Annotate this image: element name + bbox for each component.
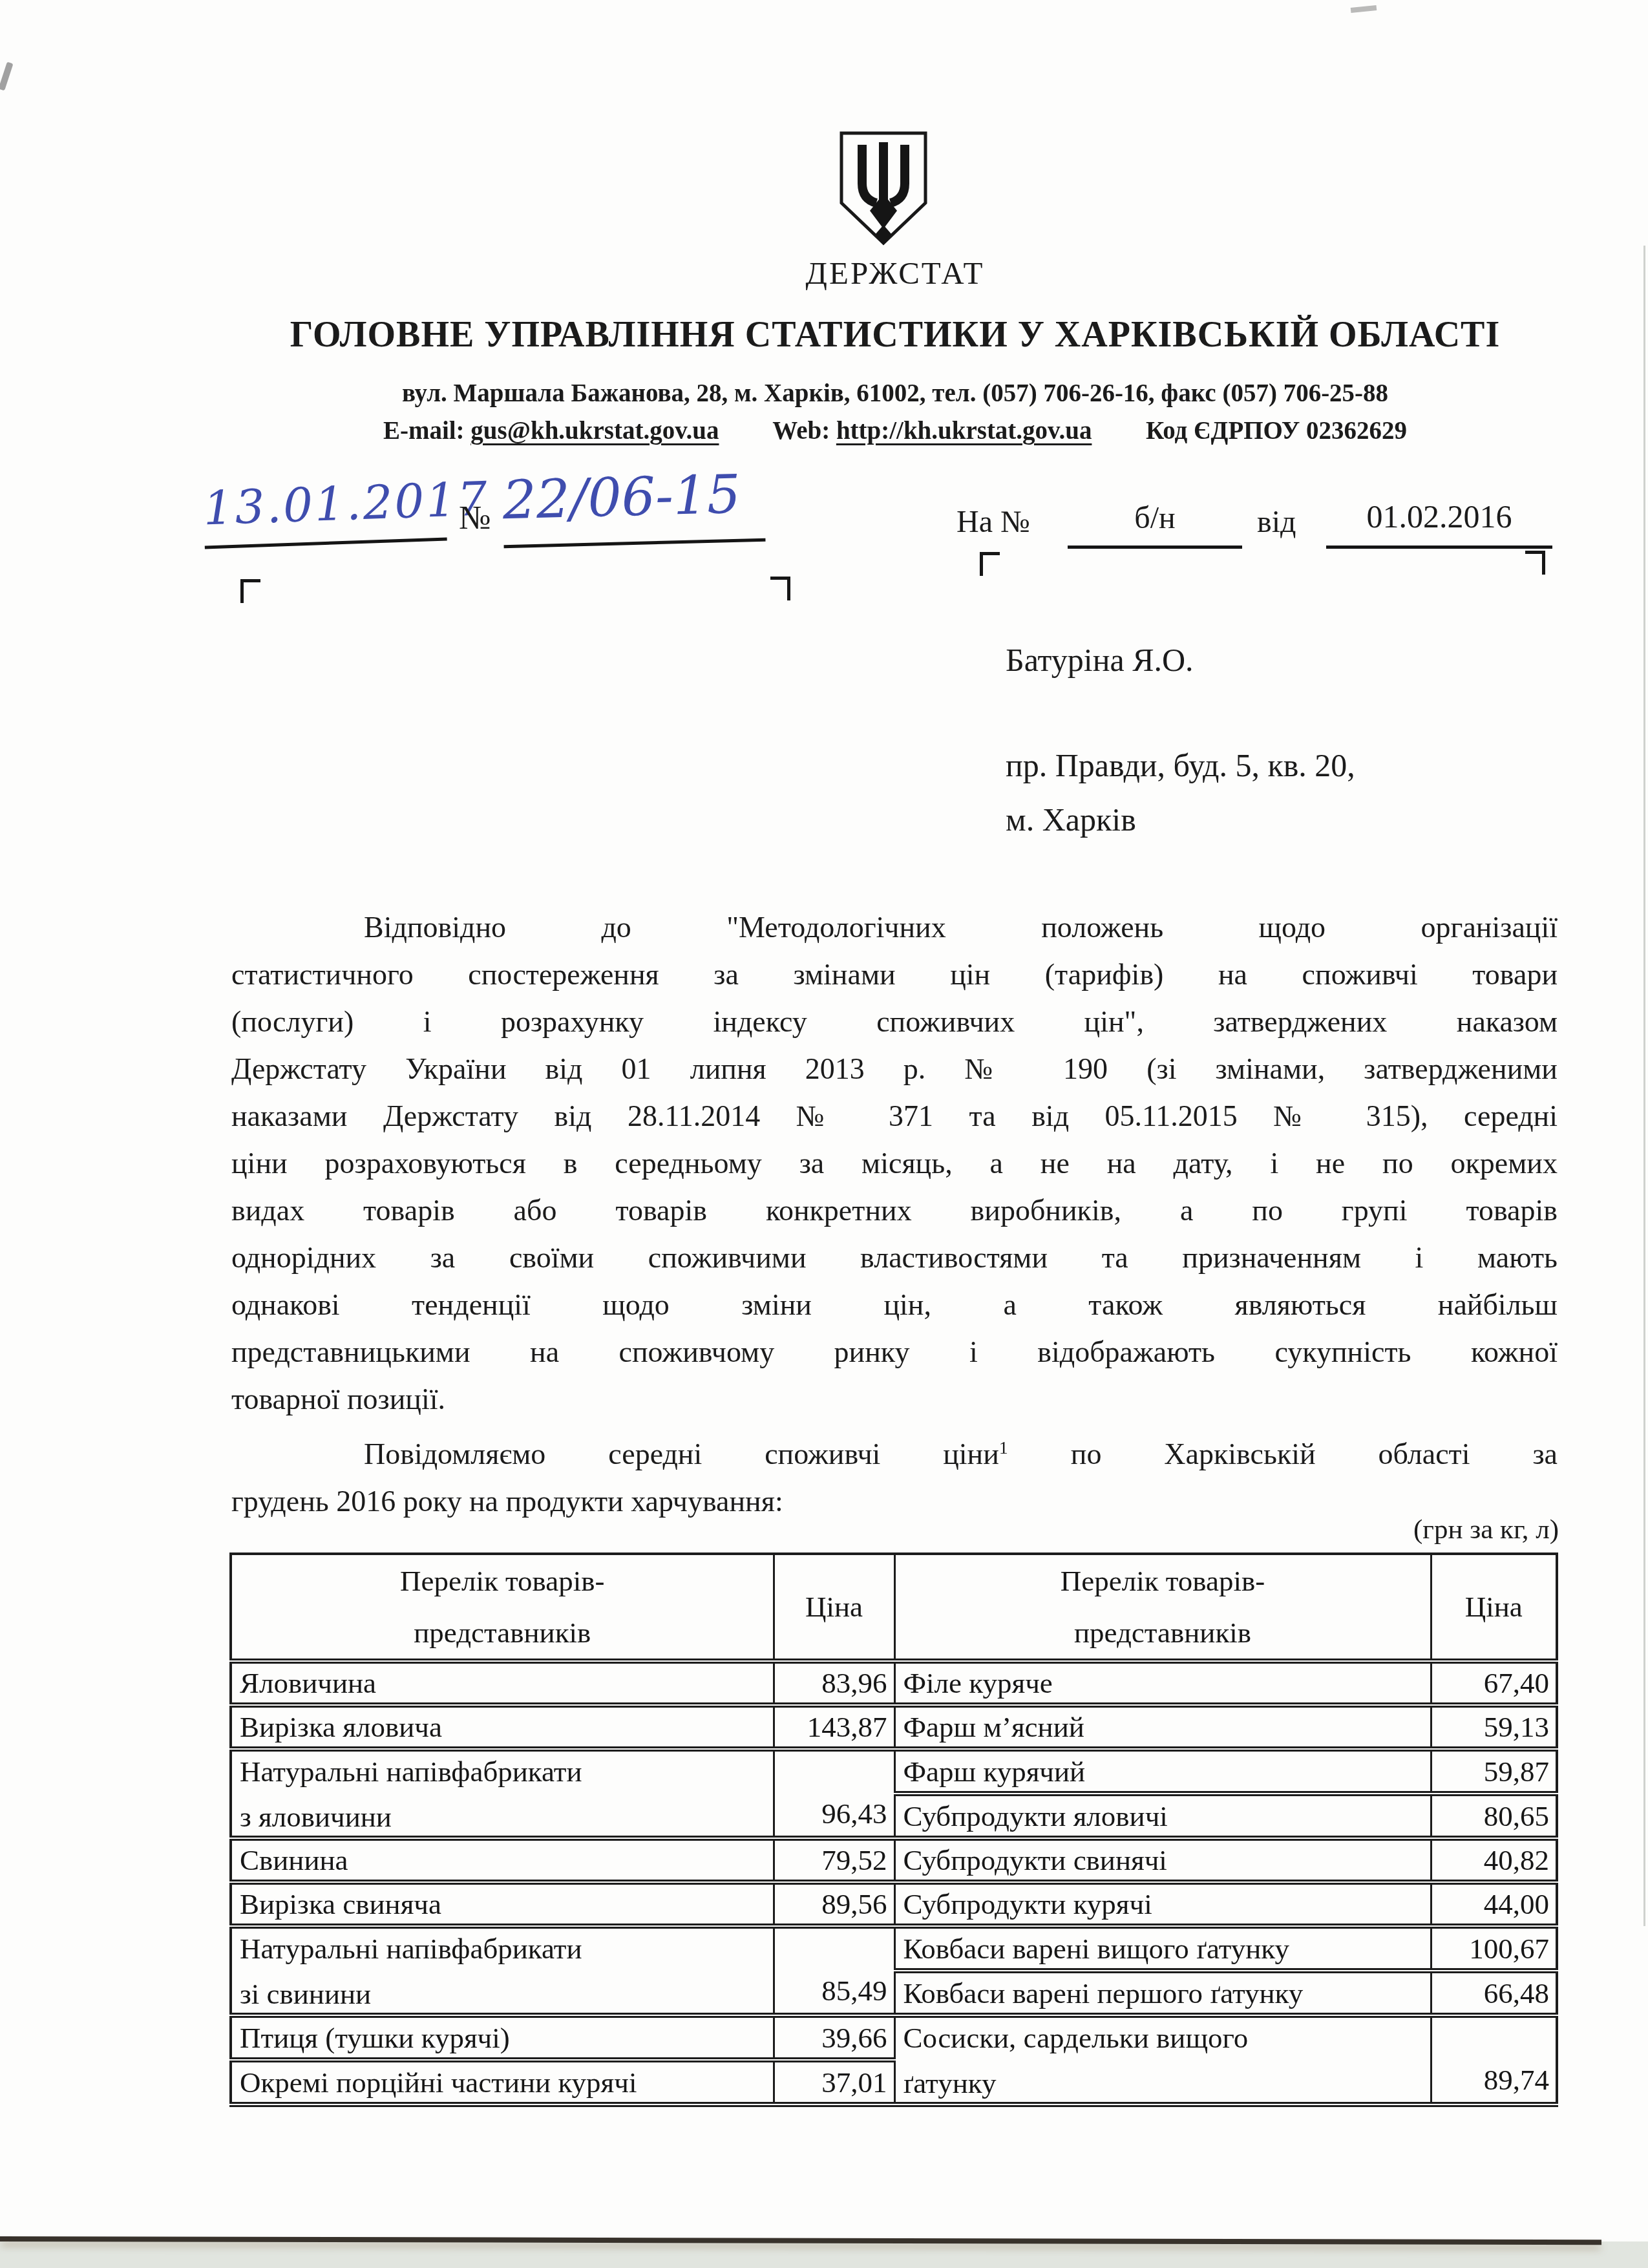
price-cell-merged: 96,43 [774, 1749, 894, 1838]
table-row: Вирізка яловича 143,87 Фарш м’ясний 59,1… [231, 1705, 1557, 1749]
col-header-text: Перелік товарів-представників [1001, 1555, 1324, 1659]
product-line2: зі свинини [240, 1977, 773, 2011]
price-cell: 40,82 [1431, 1838, 1557, 1882]
paragraph1-line: наказами Держстату від 28.11.2014 № 371 … [231, 1092, 1558, 1139]
product-cell: Вирізка свиняча [231, 1882, 774, 1926]
scanner-background [0, 2242, 1648, 2268]
edrpou-label: Код ЄДРПОУ [1146, 417, 1300, 445]
product-line2: ґатунку [903, 2066, 1430, 2101]
corner-bracket-right-open [980, 552, 1000, 576]
price-cell: 100,67 [1431, 1926, 1557, 1971]
org-name: ГОЛОВНЕ УПРАВЛІННЯ СТАТИСТИКИ У ХАРКІВСЬ… [149, 314, 1642, 355]
incoming-date-field: 01.02.2016 [1326, 495, 1552, 549]
corner-bracket-left-close [770, 577, 790, 600]
product-cell-merged: Сосиски, сардельки вищого ґатунку [894, 2015, 1431, 2104]
price-cell: 59,87 [1431, 1749, 1557, 1794]
paragraph1-line: однакові тенденції щодо зміни цін, а так… [231, 1281, 1558, 1328]
org-contact-line: E-mail: gus@kh.ukrstat.gov.ua Web: http:… [149, 416, 1642, 445]
email-label: E-mail: [383, 417, 465, 445]
product-cell: Ковбаси варені вищого ґатунку [894, 1926, 1431, 1971]
product-cell: Ковбаси варені першого ґатунку [894, 1971, 1431, 2015]
corner-bracket-left-open [240, 579, 260, 603]
number-sign: № [459, 499, 491, 537]
price-cell: 37,01 [774, 2060, 894, 2104]
web-value: http://kh.ukrstat.gov.ua [836, 417, 1092, 445]
price-cell: 143,87 [774, 1705, 894, 1749]
table-row: Вирізка свиняча 89,56 Субпродукти курячі… [231, 1882, 1557, 1926]
price-cell-merged: 89,74 [1431, 2015, 1557, 2104]
incoming-number-field: б/н [1068, 498, 1242, 549]
price-cell: 39,66 [774, 2015, 894, 2060]
paragraph2-line: Повідомляємо середні споживчі ціни1 по Х… [231, 1430, 1558, 1478]
two-line-product: Сосиски, сардельки вищого ґатунку [903, 2018, 1430, 2102]
col-header-products-left: Перелік товарів-представників [231, 1554, 774, 1661]
product-cell: Субпродукти свинячі [894, 1838, 1431, 1882]
product-cell: Окремі порційні частини курячі [231, 2060, 774, 2104]
product-cell: Яловичина [231, 1661, 774, 1705]
incoming-ref-label: На № [956, 504, 1030, 540]
product-line1: Натуральні напівфабрикати [240, 1754, 773, 1789]
product-cell: Фарш м’ясний [894, 1705, 1431, 1749]
scanned-letter-page: ДЕРЖСТАТ ГОЛОВНЕ УПРАВЛІННЯ СТАТИСТИКИ У… [0, 0, 1648, 2268]
price-table: Перелік товарів-представників Ціна Перел… [229, 1553, 1558, 2107]
outgoing-date-handwritten: 13.01.2017 [202, 471, 490, 535]
paragraph1-line: (послуги) і розрахунку індексу споживчих… [231, 998, 1558, 1045]
tryzub-emblem-icon [832, 127, 935, 251]
paragraph1-line: однорідних за своїми споживчими властиво… [231, 1234, 1558, 1281]
price-cell-merged: 85,49 [774, 1926, 894, 2015]
product-cell: Філе куряче [894, 1661, 1431, 1705]
product-cell: Вирізка яловича [231, 1705, 774, 1749]
product-cell: Птиця (тушки курячі) [231, 2015, 774, 2060]
paragraph1-line: Держстату України від 01 липня 2013 р. №… [231, 1045, 1558, 1092]
price-cell: 44,00 [1431, 1882, 1557, 1926]
table-header-row: Перелік товарів-представників Ціна Перел… [231, 1554, 1557, 1661]
paragraph2-text: по Харківській області за [1008, 1437, 1558, 1470]
recipient-block: Батуріна Я.О. пр. Правди, буд. 5, кв. 20… [1006, 641, 1355, 838]
table-row: Свинина 79,52 Субпродукти свинячі 40,82 [231, 1838, 1557, 1882]
recipient-address-line1: пр. Правди, буд. 5, кв. 20, [1006, 747, 1355, 784]
price-cell: 79,52 [774, 1838, 894, 1882]
outgoing-date-field: 13.01.2017 [202, 472, 447, 549]
units-note: (грн за кг, л) [1099, 1514, 1559, 1545]
two-line-product: Натуральні напівфабрикати зі свинини [240, 1929, 773, 2013]
paragraph1-line: ціни розраховуються в середньому за міся… [231, 1139, 1558, 1187]
paragraph1-line: товарної позиції. [231, 1375, 1558, 1423]
paragraph1-line: Відповідно до "Методологічних положень щ… [231, 904, 1558, 951]
corner-bracket-right-close [1525, 551, 1545, 575]
org-address-line: вул. Маршала Бажанова, 28, м. Харків, 61… [149, 379, 1642, 408]
product-cell: Свинина [231, 1838, 774, 1882]
paragraph1-line: статистичного спостереження за змінами ц… [231, 951, 1558, 998]
web-label: Web: [772, 417, 830, 445]
outgoing-number-handwritten: 22/06-15 [502, 464, 741, 532]
product-cell: Субпродукти яловичі [894, 1794, 1431, 1838]
footnote-marker: 1 [999, 1438, 1008, 1458]
product-cell-merged: Натуральні напівфабрикати з яловичини [231, 1749, 774, 1838]
outgoing-number-field: 22/06-15 [502, 463, 765, 549]
from-date-label: від [1257, 504, 1296, 540]
product-line2: з яловичини [240, 1799, 773, 1834]
price-cell: 66,48 [1431, 1971, 1557, 2015]
col-header-price-left: Ціна [774, 1554, 894, 1661]
scan-speck [1351, 5, 1377, 13]
product-line1: Сосиски, сардельки вищого [903, 2020, 1430, 2055]
col-header-text: Перелік товарів-представників [341, 1555, 664, 1659]
col-header-products-right: Перелік товарів-представників [894, 1554, 1431, 1661]
email-value: gus@kh.ukrstat.gov.ua [470, 417, 719, 445]
product-cell: Субпродукти курячі [894, 1882, 1431, 1926]
table-row: Птиця (тушки курячі) 39,66 Сосиски, сард… [231, 2015, 1557, 2060]
product-cell: Фарш курячий [894, 1749, 1431, 1794]
paragraph1-line: видах товарів або товарів конкретних вир… [231, 1187, 1558, 1234]
table-row: Натуральні напівфабрикати зі свинини 85,… [231, 1926, 1557, 1971]
scan-edge-line [1643, 246, 1645, 1926]
recipient-name: Батуріна Я.О. [1006, 641, 1355, 679]
scan-speck [0, 62, 14, 91]
recipient-address-line2: м. Харків [1006, 801, 1355, 838]
product-line1: Натуральні напівфабрикати [240, 1931, 773, 1966]
edrpou-value: 02362629 [1306, 417, 1407, 445]
paragraph2-text: Повідомляємо середні споживчі ціни [364, 1437, 999, 1470]
table-row: Натуральні напівфабрикати з яловичини 96… [231, 1749, 1557, 1794]
price-cell: 67,40 [1431, 1661, 1557, 1705]
price-cell: 89,56 [774, 1882, 894, 1926]
agency-name: ДЕРЖСТАТ [149, 255, 1642, 291]
two-line-product: Натуральні напівфабрикати з яловичини [240, 1752, 773, 1836]
col-header-price-right: Ціна [1431, 1554, 1557, 1661]
product-cell-merged: Натуральні напівфабрикати зі свинини [231, 1926, 774, 2015]
table-row: Яловичина 83,96 Філе куряче 67,40 [231, 1661, 1557, 1705]
price-cell: 80,65 [1431, 1794, 1557, 1838]
price-cell: 83,96 [774, 1661, 894, 1705]
price-cell: 59,13 [1431, 1705, 1557, 1749]
paragraph1-line: представницькими на споживчому ринку і в… [231, 1328, 1558, 1375]
letter-body: Відповідно до "Методологічних положень щ… [231, 904, 1558, 1525]
